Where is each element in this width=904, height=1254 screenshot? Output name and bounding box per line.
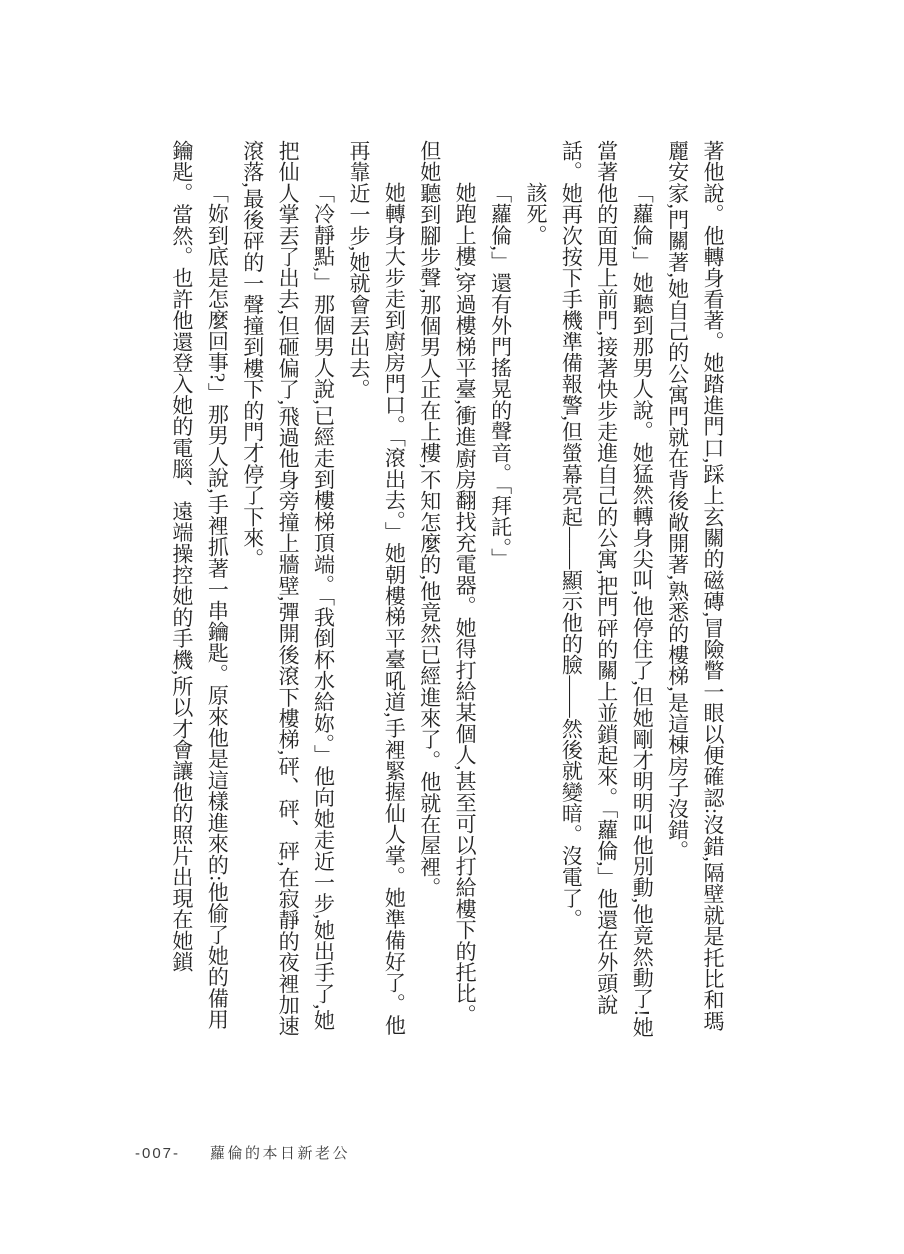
paragraph: 她轉身大步走到廚房門口。「滾出去。」她朝樓梯平臺吼道,手裡緊握仙人掌。她準備好了… [341,140,412,1042]
paragraph: 著他說。他轉身看著。她踏進門口,踩上玄關的磁磚,冒險瞥一眼以便確認:沒錯,隔壁就… [659,140,730,1042]
paragraph: 「妳到底是怎麼回事?」那男人說,手裡抓著一串鑰匙。原來他是這樣進來的:他偷了她的… [164,140,235,1042]
book-page: 著他說。他轉身看著。她踏進門口,踩上玄關的磁磚,冒險瞥一眼以便確認:沒錯,隔壁就… [0,0,904,1254]
text-block: 著他說。他轉身看著。她踏進門口,踩上玄關的磁磚,冒險瞥一眼以便確認:沒錯,隔壁就… [86,140,730,1042]
paragraph: 「蘿倫,」她聽到那男人說。她猛然轉身尖叫,他停住了,但她剛才明明叫他別動,他竟然… [553,140,659,1042]
page-number: -007- [135,1145,180,1162]
page-footer: -007- 蘿倫的本日新老公 [135,1142,350,1163]
paragraph: 該死。 [518,140,553,1042]
paragraph: 她跑上樓,穿過樓梯平臺,衝進廚房翻找充電器。她得打給某個人,甚至可以打給樓下的托… [411,140,482,1042]
running-title: 蘿倫的本日新老公 [210,1142,350,1163]
paragraph: 「冷靜點,」那個男人說,已經走到樓梯頂端。「我倒杯水給妳。」他向她走近一步,她出… [234,140,340,1042]
paragraph: 「蘿倫,」還有外門搖晃的聲音。「拜託。」 [482,140,517,1042]
